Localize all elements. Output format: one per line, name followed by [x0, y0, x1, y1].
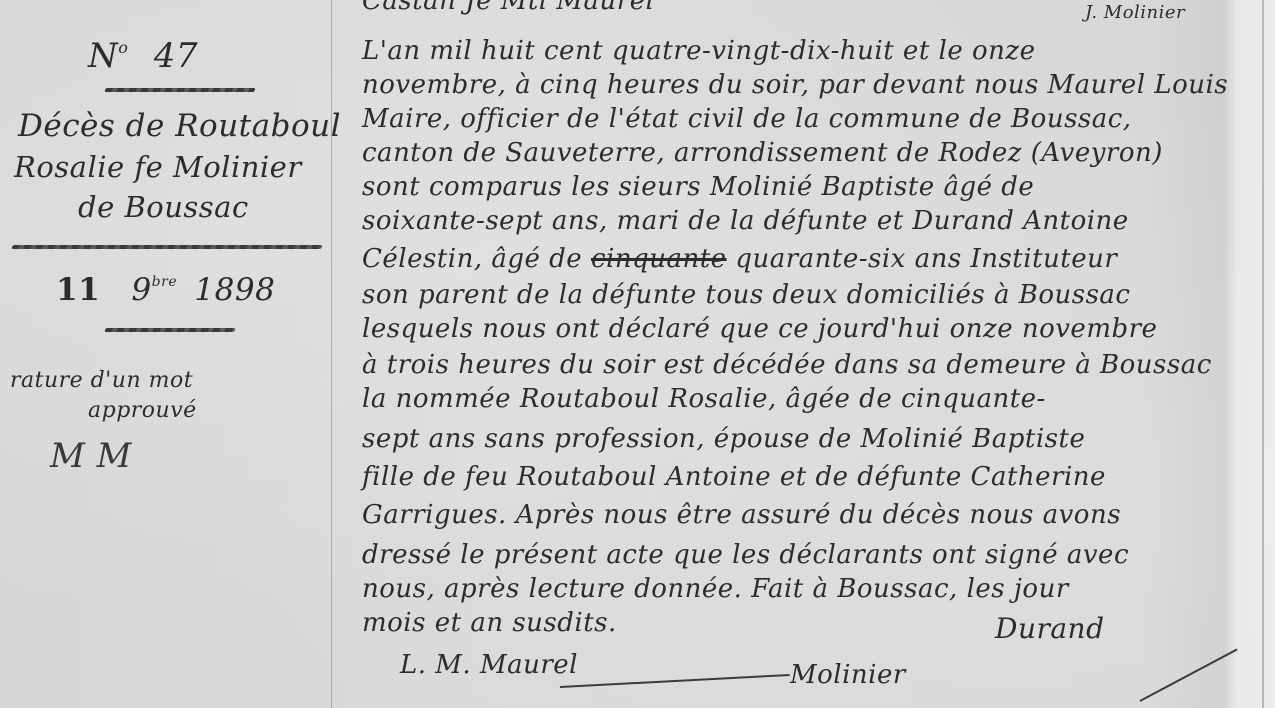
number-value: 47 — [154, 36, 198, 76]
body-line-6: soixante-sept ans, mari de la défunte et… — [362, 206, 1129, 236]
decorative-underline — [104, 328, 235, 332]
date-month: 9bre — [131, 272, 177, 308]
decorative-underline — [104, 88, 255, 92]
molinier-signature: Molinier — [790, 660, 906, 690]
body-line-10: à trois heures du soir est décédée dans … — [362, 350, 1212, 380]
date-year: 1898 — [194, 272, 275, 308]
durand-signature: Durand — [995, 612, 1105, 645]
body-line-9: lesquels nous ont déclaré que ce jourd'h… — [362, 314, 1157, 344]
mayor-signature: L. M. Maurel — [400, 650, 578, 680]
body-line-16: nous, après lecture donnée. Fait à Bouss… — [362, 574, 1069, 604]
page-edge — [1262, 0, 1264, 708]
body-line-8: son parent de la défunte tous deux domic… — [362, 280, 1131, 310]
body-line-13: fille de feu Routaboul Antoine et de déf… — [362, 462, 1106, 492]
body-line-1: L'an mil huit cent quatre-vingt-dix-huit… — [362, 36, 1035, 66]
margin-initials-signature: M M — [50, 436, 132, 476]
body-line-3: Maire, officier de l'état civil de la co… — [362, 104, 1132, 134]
line7-start: Célestin, âgé de — [362, 244, 582, 274]
number-label: N — [88, 36, 118, 76]
margin-rule — [331, 0, 332, 708]
signature-flourish — [560, 674, 790, 688]
margin-note-line1: rature d'un mot — [10, 368, 193, 393]
body-line-7: Célestin, âgé de cinquante quarante-six … — [362, 244, 1117, 274]
scanned-register-page: No 47 Décès de Routaboul Rosalie fe Moli… — [0, 0, 1275, 708]
date-day: 11 — [56, 272, 100, 308]
margin-note-line2: approuvé — [88, 398, 197, 423]
signature-flourish — [1140, 648, 1238, 701]
act-number: No 47 — [88, 36, 198, 76]
margin-title-line3: de Boussac — [78, 190, 249, 224]
margin-title-line2: Rosalie fe Molinier — [14, 150, 302, 184]
body-line-5: sont comparus les sieurs Molinié Baptist… — [362, 172, 1034, 202]
body-line-12: sept ans sans profession, épouse de Moli… — [362, 424, 1085, 454]
line7-rest: quarante-six ans Instituteur — [735, 244, 1117, 274]
body-line-14: Garrigues. Après nous être assuré du déc… — [362, 500, 1121, 530]
number-sup: o — [118, 38, 128, 57]
date-month-sup: bre — [152, 274, 177, 290]
body-line-15: dressé le présent acte que les déclarant… — [362, 540, 1129, 570]
body-line-17: mois et an susdits. — [362, 608, 617, 638]
previous-act-cut-line: Castan Je Mtl Maurel — [362, 0, 654, 16]
date-month-num: 9 — [131, 272, 151, 308]
previous-act-signature: J. Molinier — [1085, 2, 1185, 23]
margin-title-line1: Décès de Routaboul — [18, 108, 341, 144]
decorative-divider — [11, 245, 322, 249]
struck-word: cinquante — [591, 244, 727, 274]
body-line-11: la nommée Routaboul Rosalie, âgée de cin… — [362, 384, 1046, 414]
body-line-4: canton de Sauveterre, arrondissement de … — [362, 138, 1163, 168]
margin-date: 11 9bre 1898 — [56, 272, 275, 308]
body-line-2: novembre, à cinq heures du soir, par dev… — [362, 70, 1228, 100]
